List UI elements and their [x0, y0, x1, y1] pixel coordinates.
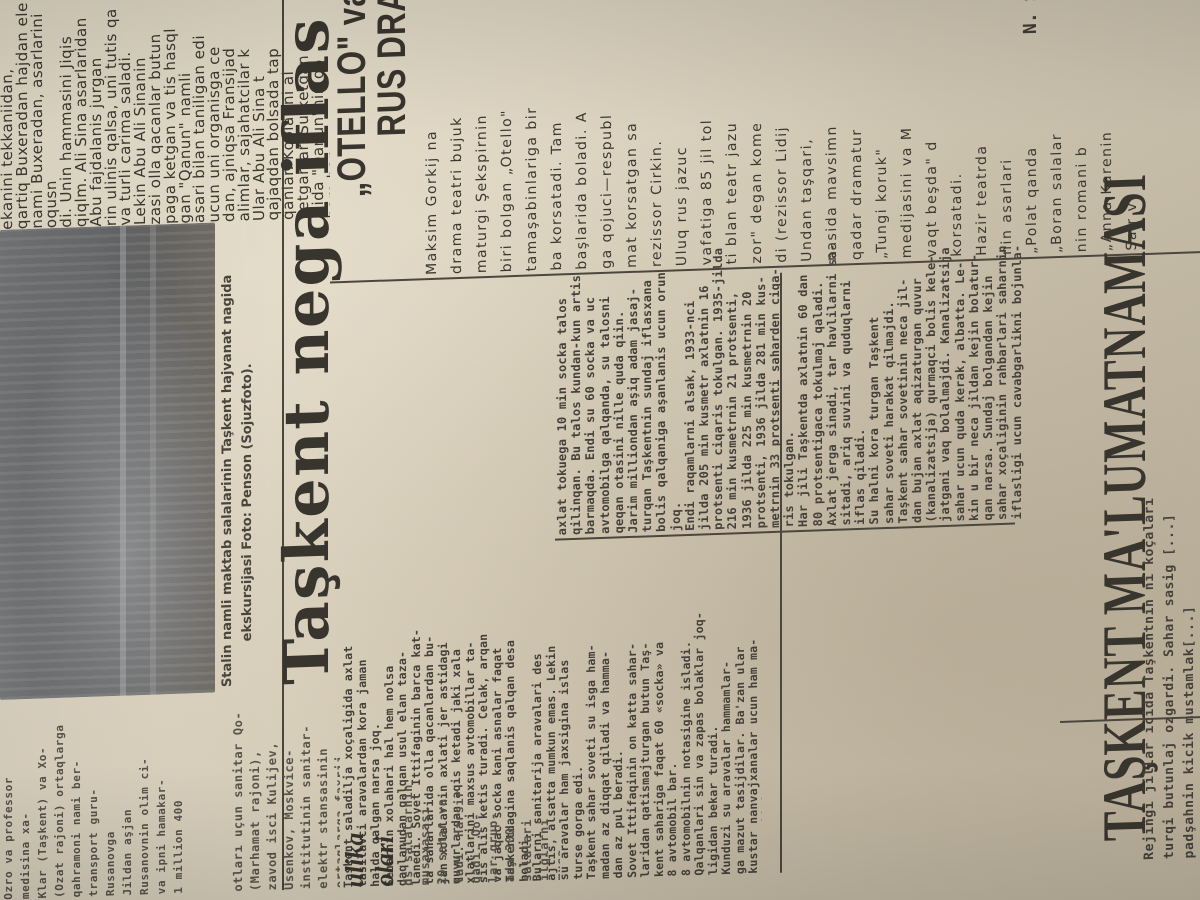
newspaper-photo: ekanini tekkaniidan, qartiq Buxeradan ha…: [0, 0, 1200, 900]
rotated-newspaper-page: ekanini tekkaniidan, qartiq Buxeradan ha…: [0, 0, 1200, 900]
photo-caption-line1: Stalin namli maktab salalarinin Taşkent …: [218, 274, 238, 687]
article-divider: [780, 273, 782, 873]
theatre-headline-line1: „OTELLO" va „RE: [330, 0, 375, 198]
photo-caption-line2: ekskursijasi Foto: Penson (Sojuzfoto).: [238, 363, 258, 642]
news-photo: [0, 222, 215, 700]
bottom-left-subhead: ulika olari: [340, 831, 400, 888]
reference-article-text: Rejingi jillar icida Taşkentnin ni koçal…: [1140, 158, 1200, 860]
bottom-left-text-2: otları uçun sanitar Qo- (Marhamat rajoni…: [230, 708, 340, 892]
bottom-left-text-3: ds salalarnin musaxasasi 20 sahar va lad…: [400, 700, 560, 886]
bottom-left-text-1: Ozro va professor medisina xa- Klar (Taş…: [0, 712, 220, 900]
theatre-headline-line2: RUS DRAMA TE: [370, 0, 415, 137]
theatre-article-text: Maksim Gorkij na drama teatri bujuk matu…: [420, 0, 1200, 275]
